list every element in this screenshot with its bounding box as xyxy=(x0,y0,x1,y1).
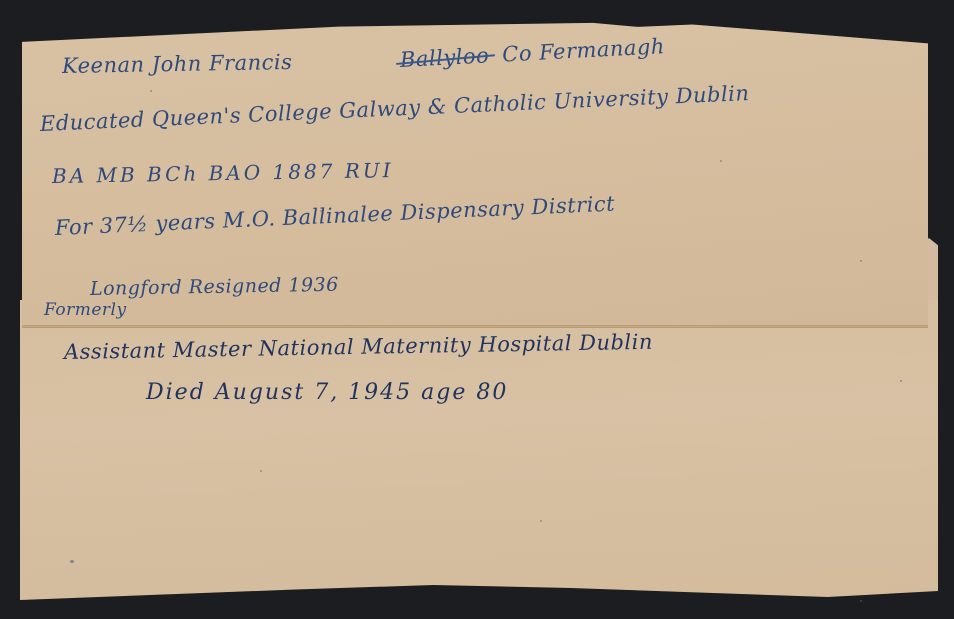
paper-speckle xyxy=(260,470,262,472)
death-line: Died August 7, 1945 age 80 xyxy=(146,380,508,405)
paper-speckle xyxy=(720,160,722,162)
birthplace-struck: Ballyloo xyxy=(399,43,489,72)
ink-mark xyxy=(900,380,902,382)
document-scan: Keenan John Francis Ballyloo Co Fermanag… xyxy=(0,0,954,619)
slip-fold-shadow xyxy=(22,325,928,328)
paper-speckle xyxy=(860,260,862,262)
paper-speckle xyxy=(150,90,152,92)
subject-name: Keenan John Francis xyxy=(62,50,293,78)
paper-speckle xyxy=(860,600,862,602)
county-resigned-line: Longford Resigned 1936 xyxy=(90,274,339,300)
name-text: Keenan John Francis xyxy=(62,50,293,78)
formerly-annotation: Formerly xyxy=(44,300,127,320)
paper-speckle xyxy=(540,520,542,522)
ink-mark xyxy=(70,560,74,563)
